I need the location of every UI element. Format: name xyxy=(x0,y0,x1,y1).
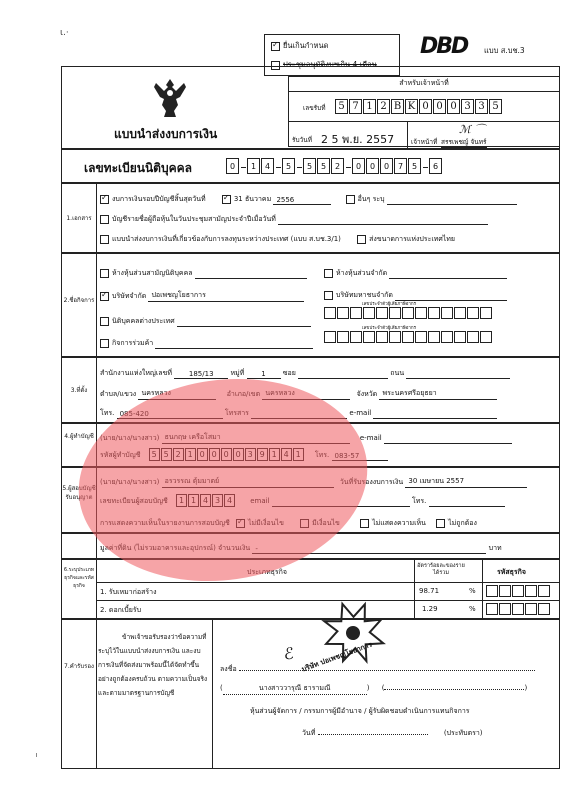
road-field[interactable] xyxy=(406,378,510,379)
receipt-char-box[interactable]: 3 xyxy=(475,99,488,114)
tax-id-box[interactable] xyxy=(480,331,492,343)
tax-id-box[interactable] xyxy=(402,307,414,319)
bookkeeper-digit-box[interactable]: 4 xyxy=(281,448,292,461)
registration-digit-box[interactable]: 0 xyxy=(226,158,239,174)
tax-id-box[interactable] xyxy=(441,331,453,343)
checkbox-adverse[interactable] xyxy=(436,519,445,528)
checkbox-shareholders-list[interactable] xyxy=(100,215,109,224)
checkbox-date-31-dec[interactable] xyxy=(222,195,231,204)
receipt-char-box[interactable]: 5 xyxy=(489,99,502,114)
tax-id-box[interactable] xyxy=(337,307,349,319)
registration-digit-box[interactable]: 1 xyxy=(247,158,260,174)
tax-id-boxes-1[interactable] xyxy=(324,307,493,321)
checkbox-foreign-entity[interactable] xyxy=(100,317,109,326)
signature-date-field[interactable] xyxy=(318,734,428,735)
dash-separator xyxy=(423,167,428,168)
bookkeeper-digit-box[interactable]: 3 xyxy=(245,448,256,461)
auditor-email-field[interactable] xyxy=(272,506,410,507)
company-phone[interactable]: 085-420 xyxy=(117,410,223,419)
registration-digit-box[interactable]: 5 xyxy=(282,158,295,174)
tax-id-box[interactable] xyxy=(428,307,440,319)
dbd-logo: DBD xyxy=(420,34,467,59)
bookkeeper-code: 5521000039141 xyxy=(149,451,305,459)
office-number[interactable]: 185/13 xyxy=(174,370,228,379)
receipt-row: เลขรับที่ 5712BK000335 xyxy=(289,91,559,122)
registration-digit-box[interactable]: 5 xyxy=(303,158,316,174)
checkbox-unqualified[interactable] xyxy=(236,519,245,528)
section-business-name: 2.ชื่อกิจการ ห้างหุ้นส่วนสามัญนิติบุคคล … xyxy=(62,254,560,358)
checkbox-bot[interactable] xyxy=(357,235,366,244)
tax-id-box[interactable] xyxy=(350,307,362,319)
business-code-box[interactable] xyxy=(525,585,537,597)
receipt-char-box[interactable]: 0 xyxy=(433,99,446,114)
district[interactable]: นครหลวง xyxy=(262,388,350,400)
auditor-digit-box[interactable]: 3 xyxy=(212,494,223,507)
receipt-char-box[interactable]: 0 xyxy=(419,99,432,114)
soi-field[interactable] xyxy=(298,378,388,379)
officer-box: สำหรับเจ้าหน้าที่ เลขรับที่ 5712BK000335… xyxy=(288,76,560,147)
checkbox-late[interactable] xyxy=(271,42,280,51)
scan-mark: ι.· xyxy=(60,28,69,38)
received-date-cell: รับวันที่ 2 5 พ.ย. 2557 xyxy=(289,121,408,148)
checkbox-disclaimer[interactable] xyxy=(360,519,369,528)
form-code: แบบ ส.บช.3 xyxy=(484,45,525,57)
section-auditor: 5.ผู้สอบบัญชีรับอนุญาต (นาย/นาง/นางสาว) … xyxy=(62,468,560,534)
joint-venture-name[interactable] xyxy=(155,348,313,349)
receipt-char-box[interactable]: B xyxy=(391,99,404,114)
second-signer-field[interactable] xyxy=(384,689,524,690)
registration-digit-box[interactable]: 4 xyxy=(261,158,274,174)
receipt-char-box[interactable]: 1 xyxy=(363,99,376,114)
bookkeeper-name[interactable]: ธนกฤษ เครือโสมา xyxy=(162,432,350,444)
bookkeeper-digit-box[interactable]: 0 xyxy=(233,448,244,461)
bookkeeper-digit-box[interactable]: 0 xyxy=(209,448,220,461)
foreign-entity-name[interactable] xyxy=(177,326,311,327)
scan-mark xyxy=(36,753,37,757)
registration-row: เลขทะเบียนนิติบุคคล 0145552000756 xyxy=(62,148,560,184)
auditor-name[interactable]: อรวรรณ ตุ้มมาตย์ xyxy=(162,476,334,488)
signer-name[interactable]: นางสาววารุณี ธารามณี xyxy=(223,683,367,695)
checkbox-public-company[interactable] xyxy=(324,291,333,300)
moo[interactable]: 1 xyxy=(247,370,281,379)
checkbox-joint-venture[interactable] xyxy=(100,339,109,348)
auditor-digit-box[interactable]: 4 xyxy=(224,494,235,507)
business-row: 1. รับเหมาก่อสร้าง 98.71 % xyxy=(97,582,560,601)
tax-id-box[interactable] xyxy=(467,331,479,343)
business-code-box[interactable] xyxy=(538,603,550,615)
bookkeeper-email-field[interactable] xyxy=(384,443,512,444)
officer-cell: ℳ ⌒ เจ้าหน้าที่ สรรเพชญ์ จันทร์ xyxy=(411,121,561,148)
business-code-box[interactable] xyxy=(499,585,511,597)
officer-name: สรรเพชญ์ จันทร์ xyxy=(441,137,487,148)
col-divider xyxy=(212,620,213,769)
fax-field[interactable] xyxy=(251,418,347,419)
receipt-char-box[interactable]: 0 xyxy=(447,99,460,114)
receipt-char-box[interactable]: 2 xyxy=(377,99,390,114)
certification-date[interactable]: 30 เมษายน 2557 xyxy=(405,476,527,488)
checkbox-ordinary-partnership[interactable] xyxy=(100,269,109,278)
subdistrict[interactable]: นครหลวง xyxy=(138,388,216,400)
certification-statement: ข้าพเจ้าขอรับรองว่าข้อความที่ระบุไว้ในแบ… xyxy=(98,630,210,700)
shareholders-date-field[interactable] xyxy=(278,224,488,225)
tax-id-box[interactable] xyxy=(441,307,453,319)
tax-id-box[interactable] xyxy=(363,307,375,319)
registration-number: 0145552000756 xyxy=(226,158,443,174)
checkbox-intl-investment[interactable] xyxy=(100,235,109,244)
status-late[interactable]: ยื่นเกินกำหนด xyxy=(271,40,328,52)
auditor-registration: 11434 xyxy=(176,497,236,505)
bookkeeper-phone[interactable]: 083-57 xyxy=(332,452,388,461)
business-type-header: ประเภทธุรกิจ อัตราร้อยละของรายได้รวม รหั… xyxy=(97,560,560,583)
business-code-box[interactable] xyxy=(538,585,550,597)
land-value-row: มูลค่าที่ดิน (ไม่รวมอาคารและอุปกรณ์) จำน… xyxy=(62,534,560,560)
business-code-boxes[interactable] xyxy=(486,585,551,599)
checkbox-company-limited[interactable] xyxy=(100,292,109,301)
received-date: 2 5 พ.ย. 2557 xyxy=(319,130,396,149)
section-bookkeeper: 4.ผู้ทำบัญชี (นาย/นาง/นางสาว) ธนกฤษ เครื… xyxy=(62,424,560,468)
dash-separator xyxy=(297,167,302,168)
tax-id-box[interactable] xyxy=(376,307,388,319)
business-code-box[interactable] xyxy=(499,603,511,615)
business-code-box[interactable] xyxy=(486,585,498,597)
auditor-phone-field[interactable] xyxy=(429,506,505,507)
tax-id-box[interactable] xyxy=(350,331,362,343)
garuda-emblem-icon xyxy=(150,77,190,119)
tax-id-box[interactable] xyxy=(415,307,427,319)
registration-digit-box[interactable]: 0 xyxy=(366,158,379,174)
business-code-box[interactable] xyxy=(512,603,524,615)
business-code-box[interactable] xyxy=(525,603,537,615)
signature-line[interactable] xyxy=(239,670,535,671)
ordinary-partnership-name[interactable] xyxy=(195,278,307,279)
signature-mark: ℰ xyxy=(284,644,294,663)
bookkeeper-digit-box[interactable]: 1 xyxy=(293,448,304,461)
auditor-digit-box[interactable]: 1 xyxy=(188,494,199,507)
bookkeeper-digit-box[interactable]: 0 xyxy=(221,448,232,461)
checkbox-qualified[interactable] xyxy=(300,519,309,528)
receipt-char-box[interactable]: 7 xyxy=(349,99,362,114)
tax-id-boxes-2[interactable] xyxy=(324,331,493,345)
checkbox-limited-partnership[interactable] xyxy=(324,269,333,278)
tax-id-box[interactable] xyxy=(454,307,466,319)
tax-id-box[interactable] xyxy=(376,331,388,343)
auditor-digit-box[interactable]: 1 xyxy=(176,494,187,507)
bookkeeper-digit-box[interactable]: 9 xyxy=(257,448,268,461)
dash-separator xyxy=(346,167,351,168)
tax-id-box[interactable] xyxy=(415,331,427,343)
tax-id-box[interactable] xyxy=(402,331,414,343)
registration-digit-box[interactable]: 0 xyxy=(352,158,365,174)
receipt-number: 5712BK000335 xyxy=(335,99,503,114)
receipt-label: เลขรับที่ xyxy=(303,103,326,113)
business-code-box[interactable] xyxy=(512,585,524,597)
tax-id-box[interactable] xyxy=(428,331,440,343)
bookkeeper-digit-box[interactable]: 0 xyxy=(197,448,208,461)
tax-id-box[interactable] xyxy=(480,307,492,319)
registration-digit-box[interactable]: 6 xyxy=(429,158,442,174)
bookkeeper-digit-box[interactable]: 5 xyxy=(149,448,160,461)
registration-digit-box[interactable]: 5 xyxy=(317,158,330,174)
receipt-char-box[interactable]: 5 xyxy=(335,99,348,114)
bookkeeper-digit-box[interactable]: 2 xyxy=(173,448,184,461)
page-title: แบบนำส่งงบการเงิน xyxy=(114,125,217,144)
dash-separator xyxy=(276,167,281,168)
registration-digit-box[interactable]: 5 xyxy=(408,158,421,174)
land-value[interactable]: - xyxy=(252,545,486,554)
business-code-boxes[interactable] xyxy=(486,603,551,617)
registration-digit-box[interactable]: 7 xyxy=(394,158,407,174)
tax-id-box[interactable] xyxy=(324,331,336,343)
tax-id-box[interactable] xyxy=(324,307,336,319)
other-field[interactable] xyxy=(387,204,517,205)
bookkeeper-digit-box[interactable]: 1 xyxy=(185,448,196,461)
checkbox-other[interactable] xyxy=(346,195,355,204)
receipt-char-box[interactable]: 3 xyxy=(461,99,474,114)
registration-label: เลขทะเบียนนิติบุคคล xyxy=(84,159,192,178)
tax-id-box[interactable] xyxy=(337,331,349,343)
auditor-digit-box[interactable]: 4 xyxy=(200,494,211,507)
registration-digit-box[interactable]: 2 xyxy=(331,158,344,174)
section-certification: 7.คำรับรอง ข้าพเจ้าขอรับรองว่าข้อความที่… xyxy=(62,620,560,769)
company-name[interactable]: ปอเพชญโยธาการ xyxy=(148,290,304,302)
receipt-char-box[interactable]: K xyxy=(405,99,418,114)
tax-id-box[interactable] xyxy=(389,307,401,319)
registration-digit-box[interactable]: 0 xyxy=(380,158,393,174)
bookkeeper-digit-box[interactable]: 1 xyxy=(269,448,280,461)
section-documents: 1.เอกสาร งบการเงินรอบปีบัญชีสิ้นสุดวันที… xyxy=(62,184,560,254)
company-email-field[interactable] xyxy=(373,418,497,419)
business-code-box[interactable] xyxy=(486,603,498,615)
section-address: 3.ที่ตั้ง สำนักงานแห่งใหญ่เลขที่ 185/13 … xyxy=(62,358,560,424)
checkbox-financial-statements[interactable] xyxy=(100,195,109,204)
officer-initials: ℳ ⌒ xyxy=(459,121,485,137)
tax-id-box[interactable] xyxy=(363,331,375,343)
officer-box-title: สำหรับเจ้าหน้าที่ xyxy=(289,77,559,92)
bookkeeper-digit-box[interactable]: 5 xyxy=(161,448,172,461)
tax-id-box[interactable] xyxy=(454,331,466,343)
tax-id-box[interactable] xyxy=(389,331,401,343)
dash-separator xyxy=(241,167,246,168)
tax-id-box[interactable] xyxy=(467,307,479,319)
limited-partnership-name[interactable] xyxy=(389,278,507,279)
province[interactable]: พระนครศรีอยุธยา xyxy=(379,388,497,400)
form-header: แบบนำส่งงบการเงิน xyxy=(62,67,288,147)
fiscal-year[interactable]: 2556 xyxy=(273,196,331,205)
